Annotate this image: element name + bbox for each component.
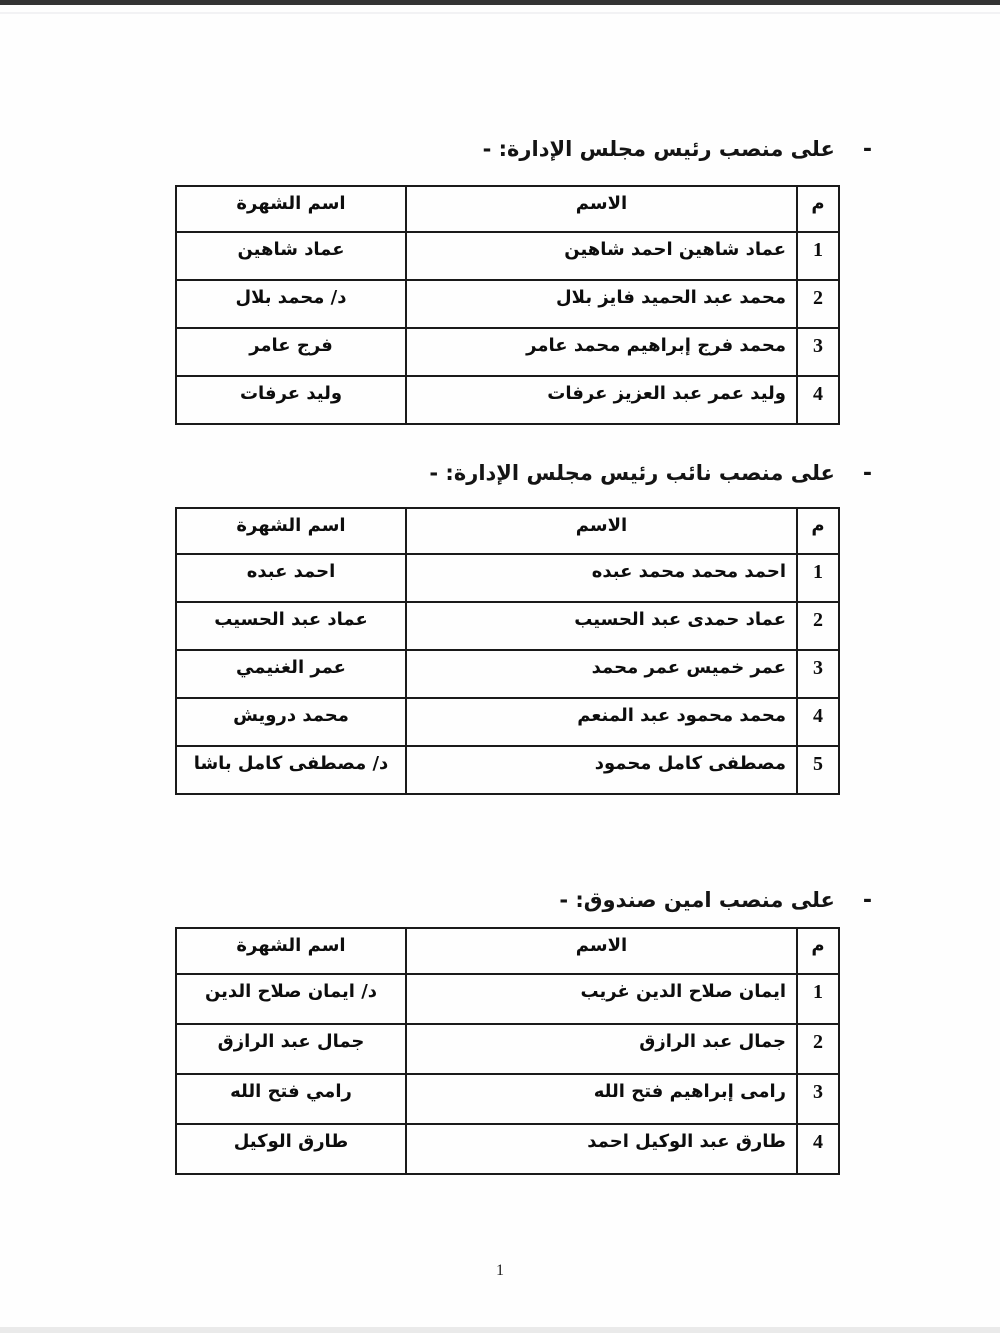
table-row: 3 عمر خميس عمر محمد عمر الغنيمي [176,650,839,698]
cell-alias: فرج عامر [176,328,406,376]
table-row: 4 محمد محمود عبد المنعم محمد درويش [176,698,839,746]
cell-name: طارق عبد الوكيل احمد [406,1124,797,1174]
table-header-row: م الاسم اسم الشهرة [176,508,839,554]
scan-bottom-bar [0,1327,1000,1333]
table-row: 4 وليد عمر عبد العزيز عرفات وليد عرفات [176,376,839,424]
bullet-dash: - [863,888,872,913]
cell-alias: د/ مصطفى كامل باشا [176,746,406,794]
cell-index: 5 [797,746,839,794]
section-heading-chairman: - على منصب رئيس مجلس الإدارة: - [483,137,872,162]
cell-alias: احمد عبده [176,554,406,602]
table-row: 2 محمد عبد الحميد فايز بلال د/ محمد بلال [176,280,839,328]
cell-name: محمد محمود عبد المنعم [406,698,797,746]
cell-name: محمد عبد الحميد فايز بلال [406,280,797,328]
table-row: 2 عماد حمدى عبد الحسيب عماد عبد الحسيب [176,602,839,650]
col-header-name: الاسم [406,928,797,974]
cell-name: مصطفى كامل محمود [406,746,797,794]
cell-index: 1 [797,554,839,602]
cell-index: 2 [797,602,839,650]
cell-name: احمد محمد محمد عبده [406,554,797,602]
heading-text: على منصب رئيس مجلس الإدارة: - [483,137,835,161]
table-row: 3 رامى إبراهيم فتح الله رامي فتح الله [176,1074,839,1124]
table-vice-chairman-candidates: م الاسم اسم الشهرة 1 احمد محمد محمد عبده… [175,507,840,795]
table-row: 4 طارق عبد الوكيل احمد طارق الوكيل [176,1124,839,1174]
cell-name: محمد فرج إبراهيم محمد عامر [406,328,797,376]
table-row: 3 محمد فرج إبراهيم محمد عامر فرج عامر [176,328,839,376]
heading-text: على منصب نائب رئيس مجلس الإدارة: - [429,461,834,485]
cell-alias: طارق الوكيل [176,1124,406,1174]
cell-alias: محمد درويش [176,698,406,746]
cell-index: 1 [797,974,839,1024]
cell-name: ايمان صلاح الدين غريب [406,974,797,1024]
cell-alias: جمال عبد الرازق [176,1024,406,1074]
table-header-row: م الاسم اسم الشهرة [176,186,839,232]
cell-index: 3 [797,1074,839,1124]
table-row: 1 ايمان صلاح الدين غريب د/ ايمان صلاح ال… [176,974,839,1024]
scan-top-bar [0,0,1000,5]
col-header-alias: اسم الشهرة [176,928,406,974]
document-page: - على منصب رئيس مجلس الإدارة: - م الاسم … [0,0,1000,1333]
cell-index: 3 [797,650,839,698]
table-row: 1 احمد محمد محمد عبده احمد عبده [176,554,839,602]
cell-index: 4 [797,376,839,424]
table-treasurer-candidates: م الاسم اسم الشهرة 1 ايمان صلاح الدين غر… [175,927,840,1175]
table-header-row: م الاسم اسم الشهرة [176,928,839,974]
table-row: 2 جمال عبد الرازق جمال عبد الرازق [176,1024,839,1074]
cell-name: عمر خميس عمر محمد [406,650,797,698]
cell-index: 4 [797,1124,839,1174]
section-heading-treasurer: - على منصب امين صندوق: - [559,888,872,913]
cell-index: 1 [797,232,839,280]
cell-alias: وليد عرفات [176,376,406,424]
cell-alias: عماد شاهين [176,232,406,280]
col-header-index: م [797,508,839,554]
cell-name: رامى إبراهيم فتح الله [406,1074,797,1124]
cell-index: 3 [797,328,839,376]
cell-alias: رامي فتح الله [176,1074,406,1124]
col-header-alias: اسم الشهرة [176,186,406,232]
bullet-dash: - [863,137,872,162]
cell-name: عماد شاهين احمد شاهين [406,232,797,280]
cell-alias: د/ ايمان صلاح الدين [176,974,406,1024]
cell-name: وليد عمر عبد العزيز عرفات [406,376,797,424]
col-header-name: الاسم [406,186,797,232]
table-row: 1 عماد شاهين احمد شاهين عماد شاهين [176,232,839,280]
col-header-index: م [797,186,839,232]
col-header-index: م [797,928,839,974]
cell-index: 2 [797,1024,839,1074]
cell-name: عماد حمدى عبد الحسيب [406,602,797,650]
cell-alias: عمر الغنيمي [176,650,406,698]
cell-index: 4 [797,698,839,746]
col-header-name: الاسم [406,508,797,554]
cell-index: 2 [797,280,839,328]
table-row: 5 مصطفى كامل محمود د/ مصطفى كامل باشا [176,746,839,794]
page-number: 1 [0,1262,1000,1280]
table-chairman-candidates: م الاسم اسم الشهرة 1 عماد شاهين احمد شاه… [175,185,840,425]
cell-alias: د/ محمد بلال [176,280,406,328]
scan-top-line [0,12,1000,14]
section-heading-vice-chairman: - على منصب نائب رئيس مجلس الإدارة: - [429,461,872,486]
bullet-dash: - [863,461,872,486]
heading-text: على منصب امين صندوق: - [559,888,835,912]
cell-alias: عماد عبد الحسيب [176,602,406,650]
col-header-alias: اسم الشهرة [176,508,406,554]
cell-name: جمال عبد الرازق [406,1024,797,1074]
